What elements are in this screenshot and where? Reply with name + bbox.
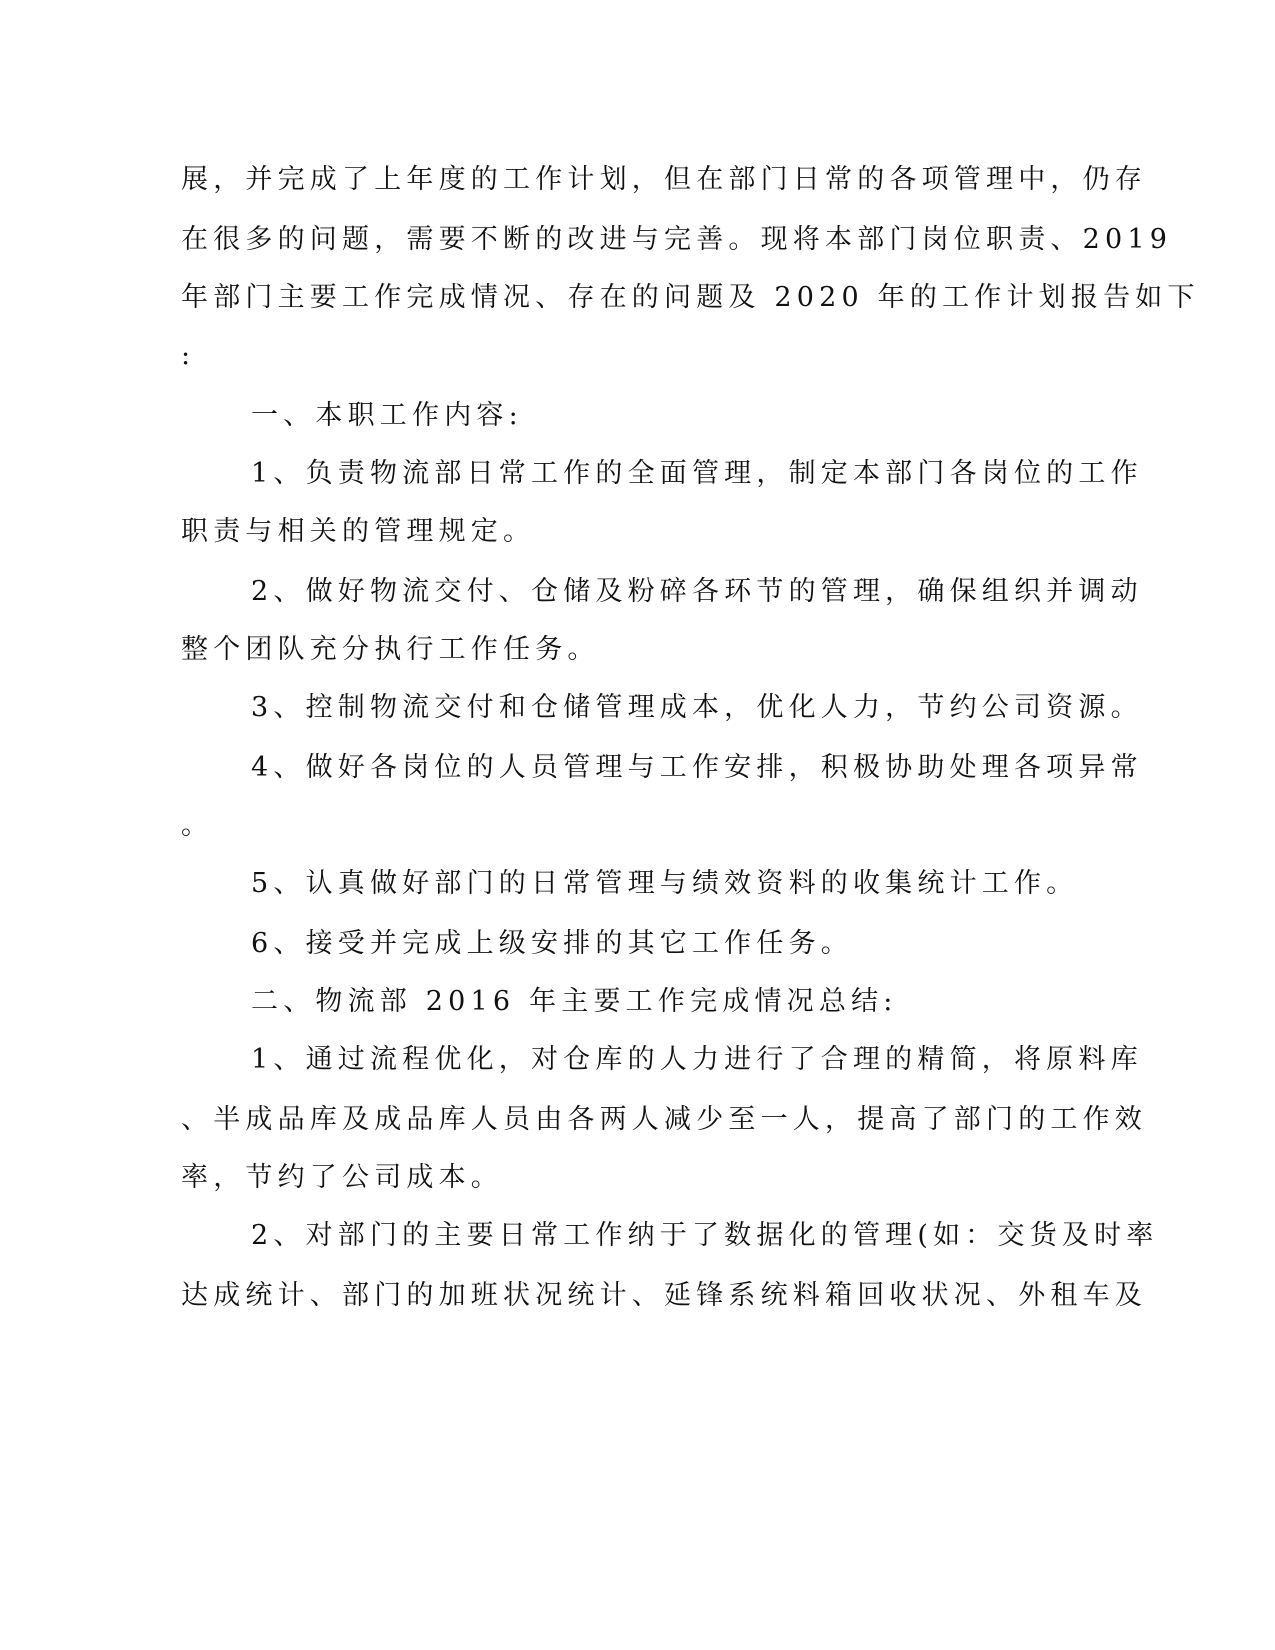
list-item-2: 2、做好物流交付、仓储及粉碎各环节的管理，确保组织并调动 [251, 572, 1143, 612]
list-item-1: 1、负责物流部日常工作的全面管理，制定本部门各岗位的工作 [251, 454, 1143, 494]
paragraph-line: : [181, 336, 195, 376]
paragraph-line: 率，节约了公司成本。 [181, 1158, 503, 1198]
paragraph-line: 年部门主要工作完成情况、存在的问题及 2020 年的工作计划报告如下 [181, 278, 1200, 318]
summary-item-2: 2、对部门的主要日常工作纳于了数据化的管理(如：交货及时率 [251, 1216, 1159, 1256]
list-item-4: 4、做好各岗位的人员管理与工作安排，积极协助处理各项异常 [251, 748, 1143, 788]
list-item-3: 3、控制物流交付和仓储管理成本，优化人力，节约公司资源。 [251, 688, 1143, 728]
list-item-6: 6、接受并完成上级安排的其它工作任务。 [251, 924, 853, 964]
paragraph-line: 职责与相关的管理规定。 [181, 512, 535, 552]
section-heading-2: 二、物流部 2016 年主要工作完成情况总结: [251, 982, 898, 1022]
paragraph-line: 。 [181, 806, 213, 846]
section-heading-1: 一、本职工作内容: [251, 396, 523, 436]
paragraph-line: 展，并完成了上年度的工作计划，但在部门日常的各项管理中，仍存 [181, 160, 1147, 200]
paragraph-line: 、半成品库及成品库人员由各两人减少至一人，提高了部门的工作效 [181, 1100, 1147, 1140]
list-item-5: 5、认真做好部门的日常管理与绩效资料的收集统计工作。 [251, 864, 1078, 904]
paragraph-line: 在很多的问题，需要不断的改进与完善。现将本部门岗位职责、2019 [181, 220, 1172, 260]
paragraph-line: 整个团队充分执行工作任务。 [181, 630, 600, 670]
summary-item-1: 1、通过流程优化，对仓库的人力进行了合理的精简，将原料库 [251, 1040, 1143, 1080]
paragraph-line: 达成统计、部门的加班状况统计、延锋系统料箱回收状况、外租车及 [181, 1276, 1147, 1316]
